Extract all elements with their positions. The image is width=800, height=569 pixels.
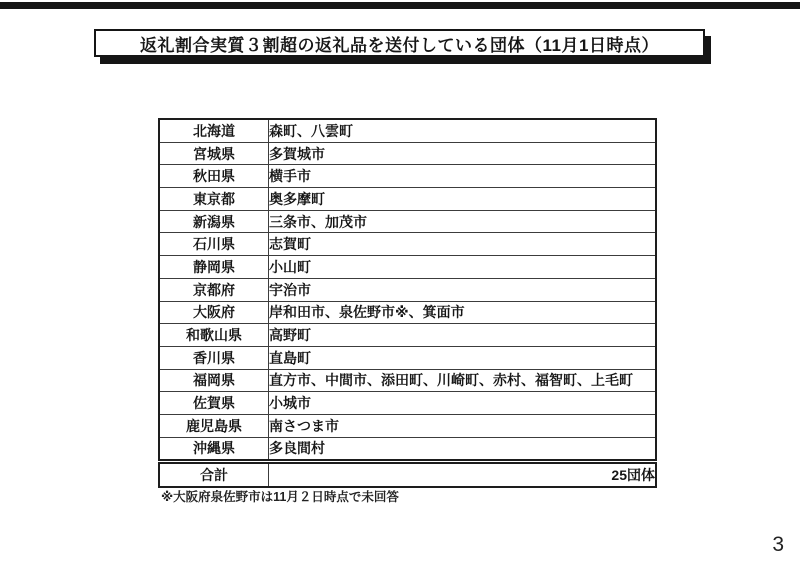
slide-page: { "header": { "title": "返礼割合実質３割超の返礼品を送付… xyxy=(0,0,800,569)
municipalities-cell: 小山町 xyxy=(269,256,657,279)
prefecture-cell: 香川県 xyxy=(159,346,269,369)
prefecture-cell: 鹿児島県 xyxy=(159,414,269,437)
prefecture-cell: 秋田県 xyxy=(159,165,269,188)
municipalities-cell: 三条市、加茂市 xyxy=(269,210,657,233)
table-row: 沖縄県 多良間村 xyxy=(159,437,656,462)
municipalities-cell: 志賀町 xyxy=(269,233,657,256)
municipalities-cell: 多賀城市 xyxy=(269,142,657,165)
top-border-bar xyxy=(0,2,800,9)
prefecture-cell: 北海道 xyxy=(159,119,269,142)
prefecture-cell: 沖縄県 xyxy=(159,437,269,462)
municipalities-cell: 多良間村 xyxy=(269,437,657,462)
title-box: 返礼割合実質３割超の返礼品を送付している団体（11月1日時点） xyxy=(94,29,705,57)
prefecture-cell: 福岡県 xyxy=(159,369,269,392)
table-row: 大阪府 岸和田市、泉佐野市※、箕面市 xyxy=(159,301,656,324)
prefecture-cell: 新潟県 xyxy=(159,210,269,233)
municipalities-cell: 南さつま市 xyxy=(269,414,657,437)
table-row: 北海道 森町、八雲町 xyxy=(159,119,656,142)
municipalities-cell: 横手市 xyxy=(269,165,657,188)
municipalities-cell: 奥多摩町 xyxy=(269,188,657,211)
municipalities-table: 北海道 森町、八雲町 宮城県 多賀城市 秋田県 横手市 東京都 奥多摩町 新潟県… xyxy=(158,118,657,488)
table-row: 東京都 奥多摩町 xyxy=(159,188,656,211)
table-row: 和歌山県 高野町 xyxy=(159,324,656,347)
prefecture-cell: 静岡県 xyxy=(159,256,269,279)
table-row: 石川県 志賀町 xyxy=(159,233,656,256)
prefecture-cell: 佐賀県 xyxy=(159,392,269,415)
table-row: 福岡県 直方市、中間市、添田町、川崎町、赤村、福智町、上毛町 xyxy=(159,369,656,392)
prefecture-cell: 和歌山県 xyxy=(159,324,269,347)
footnote: ※大阪府泉佐野市は11月２日時点で未回答 xyxy=(161,487,399,505)
municipalities-cell: 小城市 xyxy=(269,392,657,415)
prefecture-cell: 石川県 xyxy=(159,233,269,256)
table-row: 新潟県 三条市、加茂市 xyxy=(159,210,656,233)
table-row: 宮城県 多賀城市 xyxy=(159,142,656,165)
municipalities-cell: 高野町 xyxy=(269,324,657,347)
page-title: 返礼割合実質３割超の返礼品を送付している団体（11月1日時点） xyxy=(140,31,659,56)
total-value-cell: 25団体 xyxy=(269,462,657,487)
municipalities-cell: 岸和田市、泉佐野市※、箕面市 xyxy=(269,301,657,324)
prefecture-cell: 東京都 xyxy=(159,188,269,211)
table-row: 京都府 宇治市 xyxy=(159,278,656,301)
municipalities-cell: 宇治市 xyxy=(269,278,657,301)
table-row: 香川県 直島町 xyxy=(159,346,656,369)
total-label-cell: 合計 xyxy=(159,462,269,487)
prefecture-cell: 京都府 xyxy=(159,278,269,301)
table-row: 静岡県 小山町 xyxy=(159,256,656,279)
municipalities-cell: 森町、八雲町 xyxy=(269,119,657,142)
prefecture-cell: 宮城県 xyxy=(159,142,269,165)
page-number: 3 xyxy=(772,533,784,557)
table-row: 鹿児島県 南さつま市 xyxy=(159,414,656,437)
municipalities-cell: 直島町 xyxy=(269,346,657,369)
total-row: 合計 25団体 xyxy=(159,462,656,487)
table-row: 秋田県 横手市 xyxy=(159,165,656,188)
table-row: 佐賀県 小城市 xyxy=(159,392,656,415)
prefecture-cell: 大阪府 xyxy=(159,301,269,324)
municipalities-cell: 直方市、中間市、添田町、川崎町、赤村、福智町、上毛町 xyxy=(269,369,657,392)
